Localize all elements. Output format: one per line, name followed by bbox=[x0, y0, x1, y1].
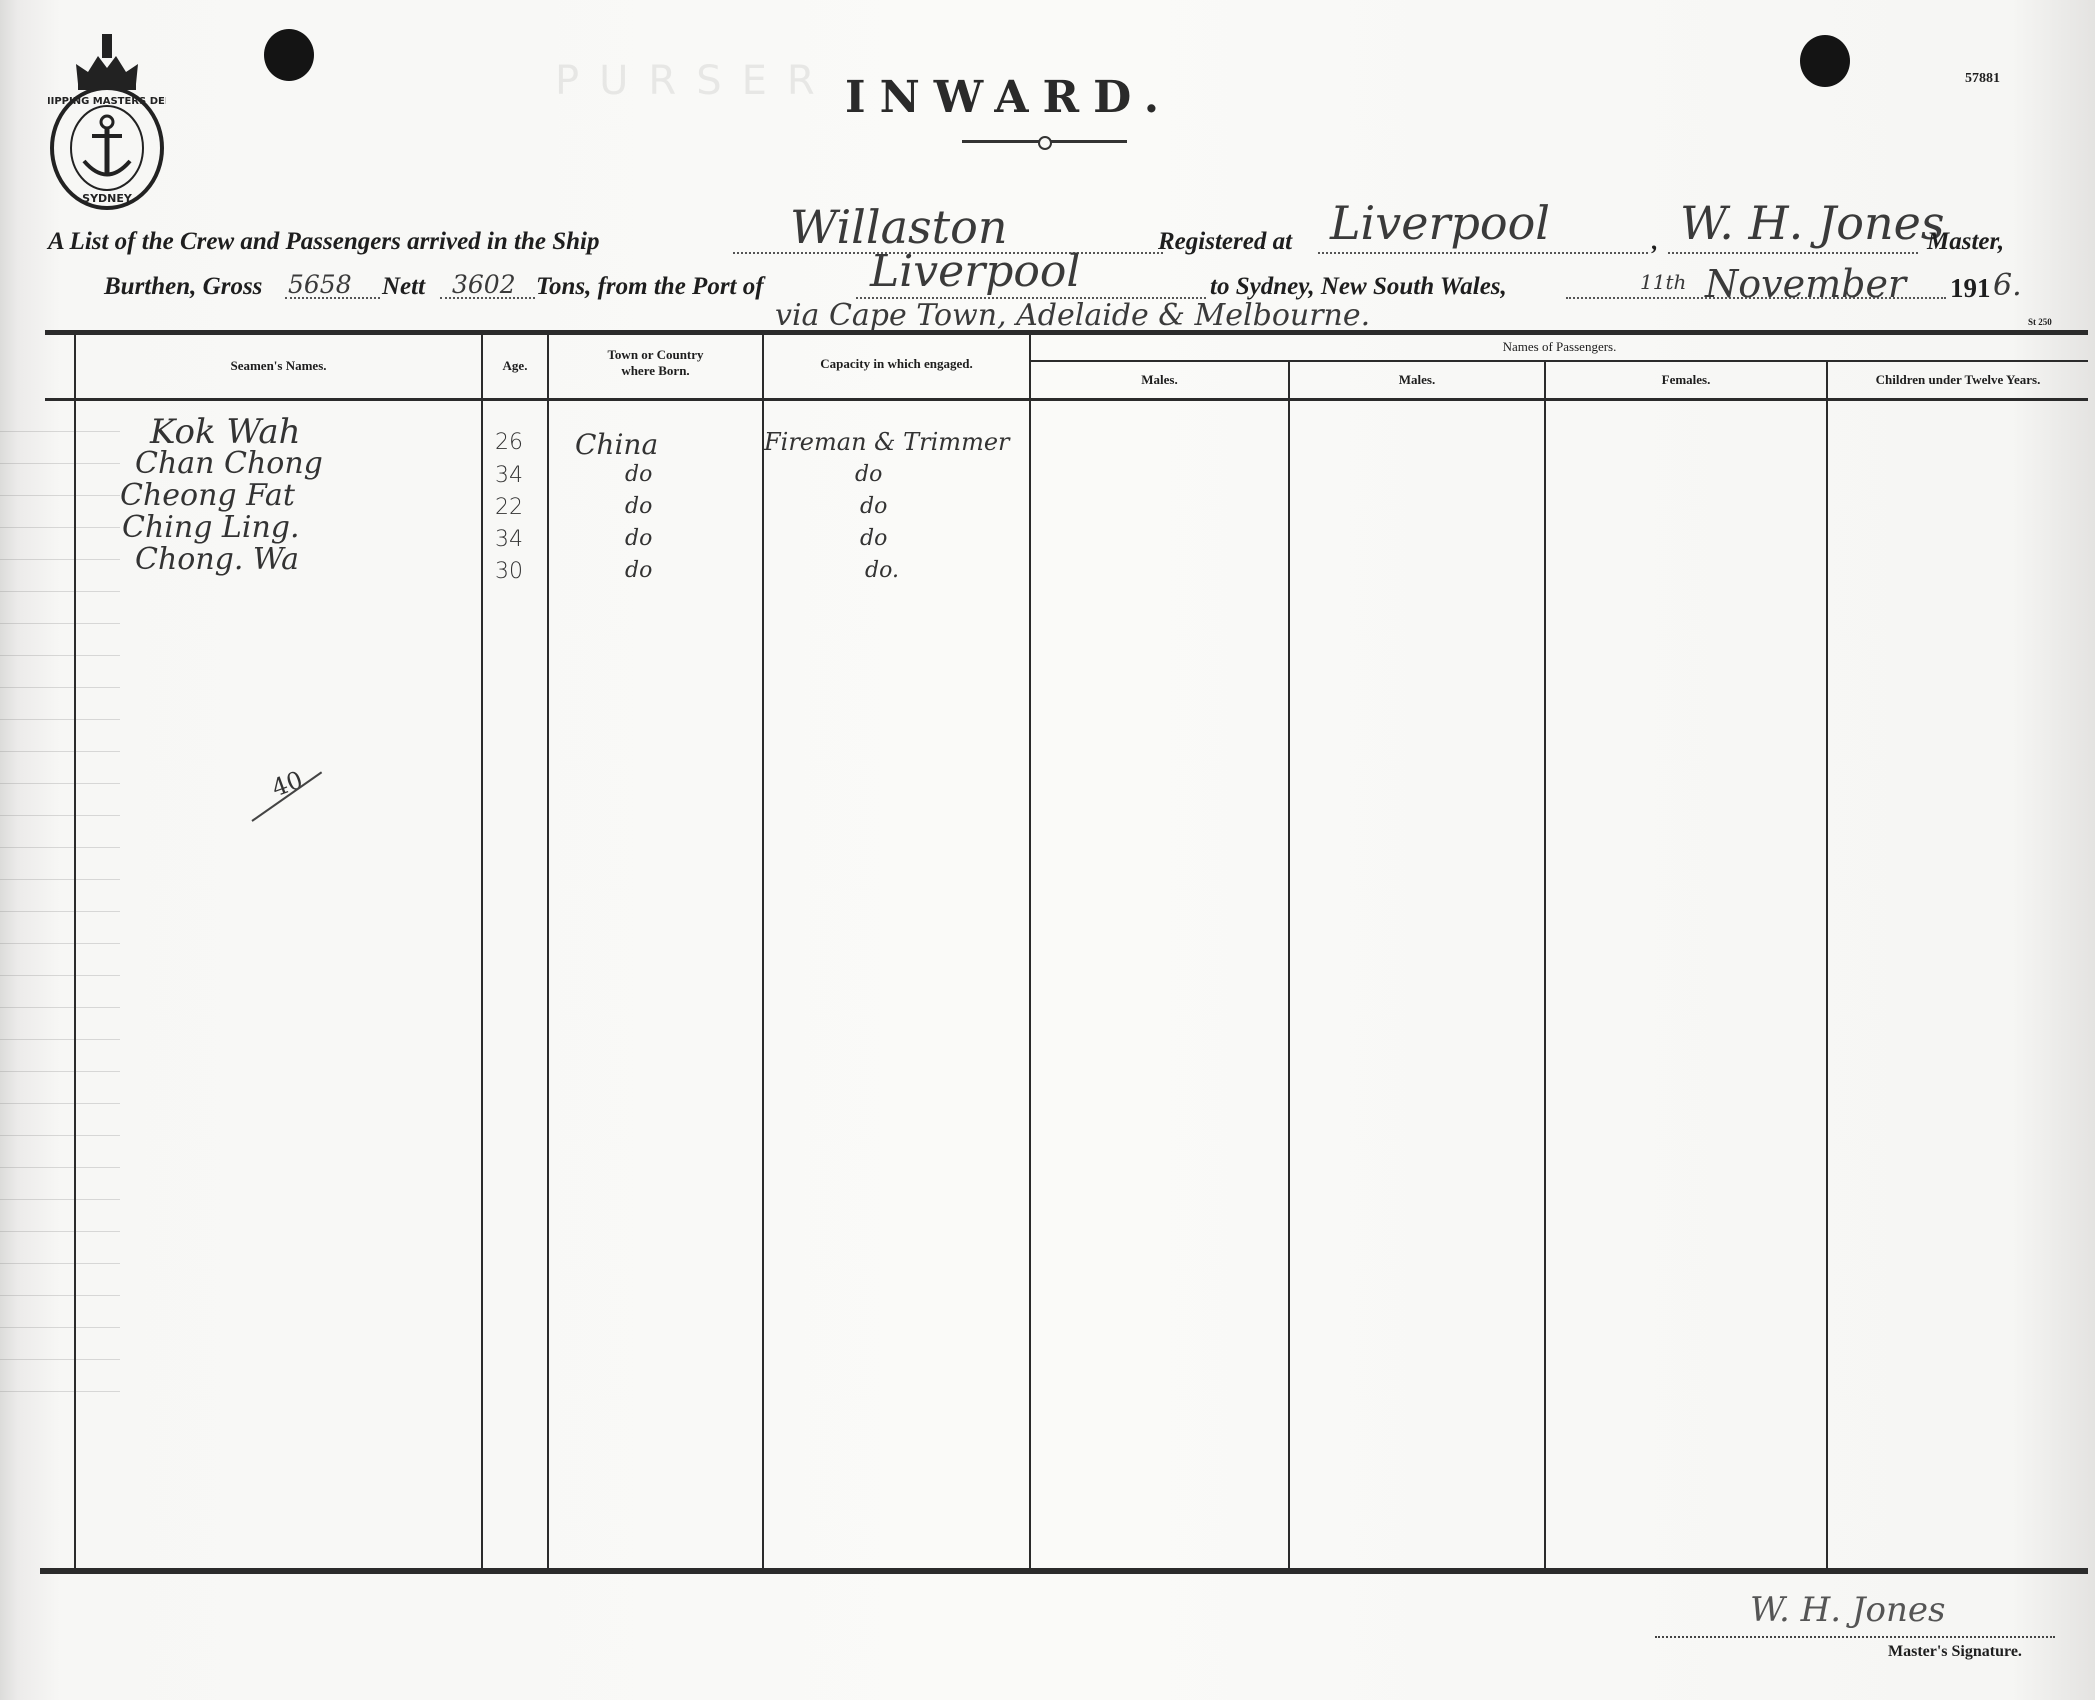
shipping-masters-department-emblem-icon: SHIPPING MASTERS DEPT SYDNEY bbox=[48, 26, 166, 211]
crew-born: do bbox=[625, 526, 652, 551]
comma-separator: , bbox=[1652, 228, 1658, 256]
table-left-border bbox=[74, 333, 76, 1571]
crew-born: do bbox=[625, 558, 652, 583]
faint-stamp: PURSER bbox=[555, 58, 835, 104]
arrival-month-value: November bbox=[1705, 262, 1906, 306]
list-description-label: A List of the Crew and Passengers arrive… bbox=[48, 228, 599, 256]
crew-capacity: do bbox=[860, 494, 887, 519]
page-title: INWARD. bbox=[845, 72, 1173, 123]
column-divider-age-born bbox=[547, 333, 549, 1571]
signature-line bbox=[1655, 1636, 2055, 1638]
emblem-bottom-text: SYDNEY bbox=[82, 192, 133, 205]
column-header-age: Age. bbox=[483, 358, 547, 373]
column-header-born-line1: Town or Country bbox=[549, 347, 762, 362]
crew-born: do bbox=[625, 462, 652, 487]
crew-age: 30 bbox=[495, 559, 523, 584]
column-header-capacity: Capacity in which engaged. bbox=[764, 356, 1029, 371]
arrival-day-value: 11th bbox=[1640, 270, 1686, 294]
crew-capacity: do bbox=[860, 526, 887, 551]
destination-label: to Sydney, New South Wales, bbox=[1210, 273, 1507, 301]
crew-age: 34 bbox=[495, 463, 523, 488]
crew-age: 26 bbox=[495, 430, 523, 455]
master-label: Master, bbox=[1927, 228, 2004, 256]
gross-tons-value: 5658 bbox=[288, 270, 352, 299]
emblem-top-text: SHIPPING MASTERS DEPT bbox=[48, 96, 166, 107]
column-divider-names-age bbox=[481, 333, 483, 1571]
punch-hole-left bbox=[264, 29, 314, 81]
burthen-gross-label: Burthen, Gross bbox=[104, 273, 262, 301]
column-divider-males1-males2 bbox=[1288, 361, 1290, 1571]
crew-age: 22 bbox=[495, 495, 523, 520]
crew-born: do bbox=[625, 494, 652, 519]
crew-capacity: do bbox=[855, 462, 882, 487]
crew-age: 34 bbox=[495, 527, 523, 552]
document-number: 57881 bbox=[1965, 71, 2000, 87]
table-header-bottom-rule bbox=[45, 398, 2088, 401]
master-signature: W. H. Jones bbox=[1750, 1590, 1945, 1630]
signature-label: Master's Signature. bbox=[1888, 1643, 2022, 1661]
nett-label: Nett bbox=[382, 273, 425, 301]
table-top-rule bbox=[45, 330, 2088, 335]
arrival-year-handwritten: 6. bbox=[1993, 268, 2022, 303]
registered-at-label: Registered at bbox=[1158, 228, 1292, 256]
column-header-males-2: Males. bbox=[1290, 372, 1544, 387]
ruled-margin bbox=[0, 400, 120, 1400]
column-header-children: Children under Twelve Years. bbox=[1828, 372, 2088, 387]
passengers-subheader-rule bbox=[1030, 360, 2088, 362]
master-name-value: W. H. Jones bbox=[1680, 196, 1944, 250]
route-via-value: via Cape Town, Adelaide & Melbourne. bbox=[775, 298, 1370, 333]
column-header-males-1: Males. bbox=[1031, 372, 1288, 387]
crew-capacity: Fireman & Trimmer bbox=[764, 428, 1010, 456]
crew-capacity: do. bbox=[865, 558, 899, 583]
column-header-females: Females. bbox=[1546, 372, 1826, 387]
column-divider-females-children bbox=[1826, 361, 1828, 1571]
column-divider-capacity-passengers bbox=[1029, 333, 1031, 1571]
column-header-born-line2: where Born. bbox=[549, 363, 762, 378]
table-bottom-rule bbox=[40, 1568, 2088, 1574]
crew-name: Cheong Fat bbox=[120, 478, 295, 513]
title-ornament-divider bbox=[962, 140, 1127, 143]
registered-port-value: Liverpool bbox=[1330, 196, 1550, 250]
crew-name: Ching Ling. bbox=[122, 510, 300, 545]
column-divider-born-capacity bbox=[762, 333, 764, 1571]
crew-born: China bbox=[575, 428, 658, 461]
crew-name: Chan Chong bbox=[135, 446, 323, 481]
arrival-year-printed: 191 bbox=[1950, 273, 1991, 304]
tons-from-port-label: Tons, from the Port of bbox=[536, 273, 764, 301]
master-name-field-line bbox=[1668, 252, 1918, 254]
punch-hole-right bbox=[1800, 35, 1850, 87]
form-number: St 250 bbox=[2028, 317, 2052, 327]
crew-name: Chong. Wa bbox=[135, 542, 299, 577]
column-group-header-passengers: Names of Passengers. bbox=[1031, 339, 2088, 354]
departure-port-value: Liverpool bbox=[870, 246, 1080, 297]
registered-port-field-line bbox=[1318, 252, 1648, 254]
nett-tons-value: 3602 bbox=[452, 270, 516, 299]
column-divider-males2-females bbox=[1544, 361, 1546, 1571]
column-header-seamen-names: Seamen's Names. bbox=[76, 358, 481, 373]
